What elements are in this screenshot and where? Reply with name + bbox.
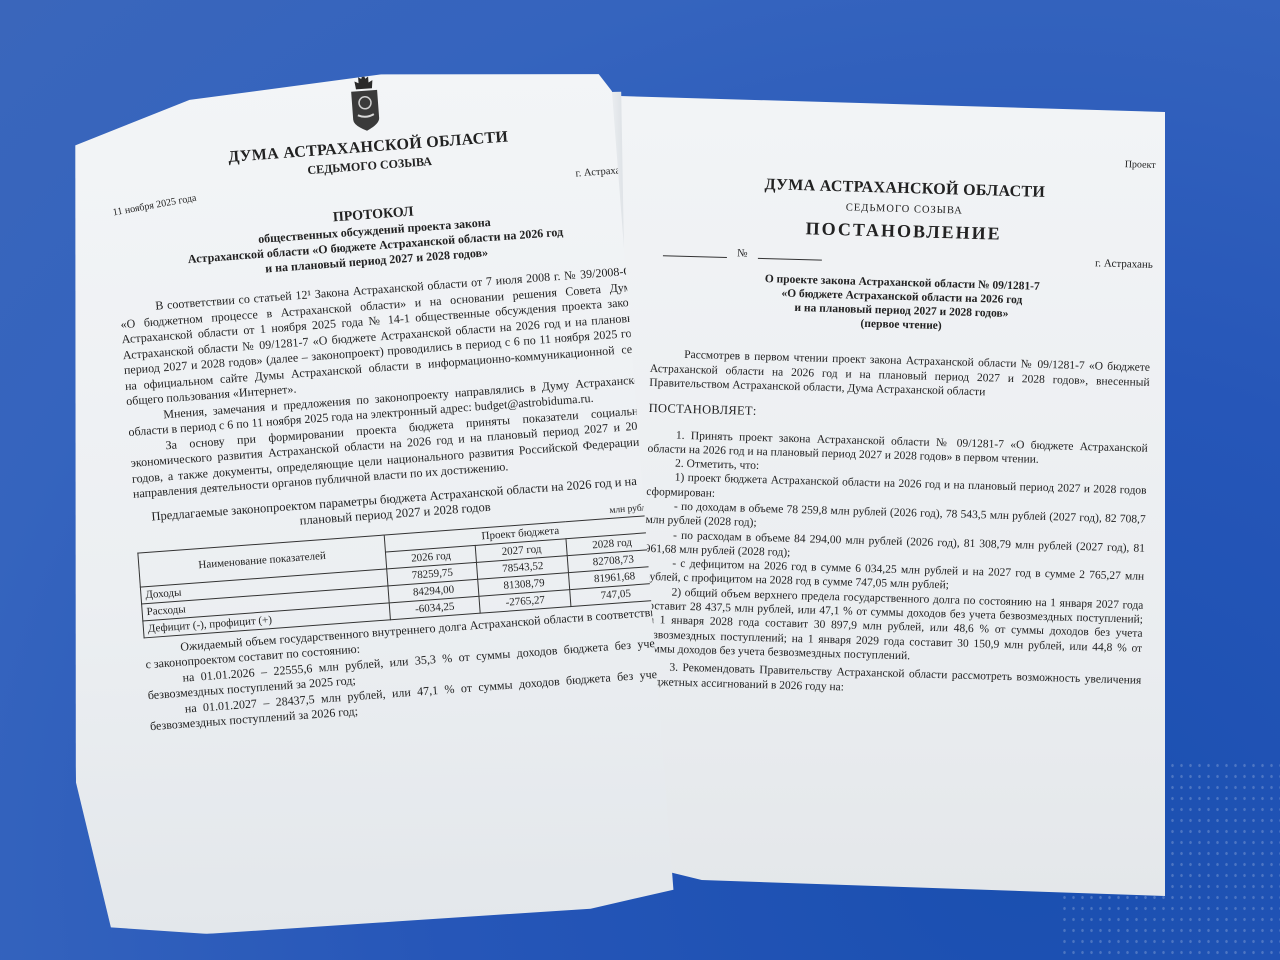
number-line: № г. Астрахань [653, 245, 1153, 271]
preamble: Рассмотрев в первом чтении проект закона… [649, 347, 1150, 404]
right-page: Проект ДУМА АСТРАХАНСКОЙ ОБЛАСТИ СЕДЬМОГ… [620, 96, 1165, 896]
right-page-content: Проект ДУМА АСТРАХАНСКОЙ ОБЛАСТИ СЕДЬМОГ… [641, 146, 1156, 703]
coat-of-arms-icon [346, 70, 384, 134]
about-block: О проекте закона Астраханской области № … [651, 269, 1152, 339]
resolution-item: 2) общий объем верхнего предела государс… [642, 585, 1144, 670]
number-sign: № [737, 247, 748, 259]
project-mark: Проект [656, 146, 1156, 171]
resolves-heading: ПОСТАНОВЛЯЕТ: [648, 400, 1148, 429]
photo-scene: Проект ДУМА АСТРАХАНСКОЙ ОБЛАСТИ СЕДЬМОГ… [0, 0, 1280, 960]
date-blank [663, 246, 727, 258]
city: г. Астрахань [1095, 257, 1153, 271]
left-page-content: ДУМА АСТРАХАНСКОЙ ОБЛАСТИ СЕДЬМОГО СОЗЫВ… [103, 52, 669, 735]
number-blank [757, 249, 821, 261]
